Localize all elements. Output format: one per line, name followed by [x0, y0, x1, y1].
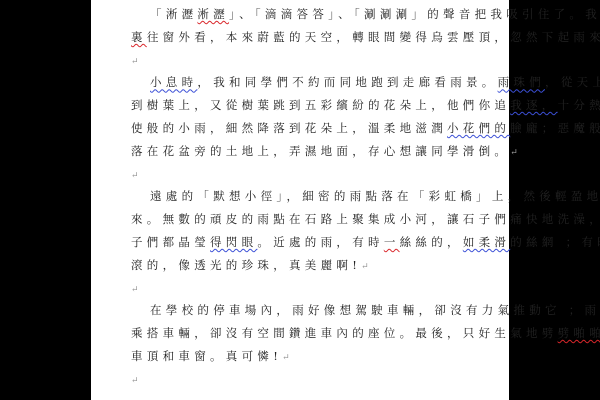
grammar-flag[interactable]: 我逐， — [510, 98, 557, 112]
text-line: 落在花盆旁的土地上，弄濕地面，存心想讓同學滑倒。↵ — [131, 141, 518, 161]
text-run: ，從天上降落 — [545, 75, 600, 89]
text-run: 「 — [150, 7, 166, 21]
grammar-flag[interactable]: 如柔滑 — [463, 235, 510, 249]
grammar-flag[interactable]: 得閃眼 — [210, 235, 257, 249]
paragraph-mark-icon: ↵ — [361, 262, 369, 272]
paragraph-mark-icon: ↵ — [131, 171, 139, 181]
text-run: 臉龐；惡魔般的小雨， — [510, 121, 600, 135]
text-run: 絲絲的， — [400, 235, 463, 249]
empty-paragraph: ↵ — [131, 369, 139, 389]
text-line: 子們都晶瑩得閃眼。近處的雨，有時一絲絲的，如柔滑的絲網 ；有時圓滾 — [131, 232, 600, 252]
empty-paragraph: ↵ — [131, 50, 139, 70]
text-run: 車頂和車窗。真可憐! — [131, 349, 282, 363]
paragraph-mark-icon: ↵ — [510, 148, 518, 158]
text-line: 「淅瀝淅瀝」、「滴滴答答」、「涮涮涮」的聲音把我吸引住了。我從教室 — [150, 4, 600, 24]
paragraph-mark-icon: ↵ — [131, 285, 139, 295]
paragraph-mark-icon: ↵ — [131, 57, 139, 67]
text-line: 遠處的「默想小徑」，細密的雨點落在「彩虹橋」上，然後輕盈地滑下 — [150, 186, 600, 206]
text-run: ，我和同學們不約而同地跑到走廊看雨景。 — [197, 75, 497, 89]
grammar-flag[interactable]: 小息時 — [150, 75, 197, 89]
paragraph-mark-icon: ↵ — [282, 353, 290, 363]
text-run: 使般的小雨，細然降落到花朵上，溫柔地滋潤 — [131, 121, 447, 135]
text-run: 」、「滴滴答答」、「涮涮涮」的聲音把我吸引住了。我從教室 — [229, 7, 600, 21]
text-run: 落在花盆旁的土地上，弄濕地面，存心想讓同學滑倒。 — [131, 144, 510, 158]
text-run: 來。無數的頑皮的雨點在石路上聚集成小河，讓石子們痛快地洗澡，最後石 — [131, 212, 600, 226]
text-line: 滾的，像透光的珍珠，真美麗啊!↵ — [131, 255, 369, 275]
spelling-flag[interactable]: 裏 — [131, 30, 147, 44]
empty-paragraph: ↵ — [131, 278, 139, 298]
spelling-flag[interactable]: 淅瀝 — [197, 7, 229, 21]
text-line: 裏往窗外看，本來蔚藍的天空，轉眼間變得烏雲壓頂，忽然下起雨來。↵ — [131, 27, 600, 47]
empty-paragraph: ↵ — [131, 164, 139, 184]
grammar-flag[interactable]: 雨珠們 — [498, 75, 545, 89]
text-run: 乘搭車輛，卻沒有空間鑽進車內的座位。最後，只好生氣地劈 — [131, 326, 558, 340]
text-line: 使般的小雨，細然降落到花朵上，溫柔地滋潤小花們的臉龐；惡魔般的小雨， — [131, 118, 600, 138]
text-run: 遠處的「默想小徑」，細密的雨點落在「彩虹橋」上，然後輕盈地滑下 — [150, 189, 600, 203]
text-run: 子們都晶瑩 — [131, 235, 210, 249]
document-page[interactable]: 「淅瀝淅瀝」、「滴滴答答」、「涮涮涮」的聲音把我吸引住了。我從教室裏往窗外看，本… — [91, 0, 509, 400]
text-run: 的絲網 ；有時圓滾 — [510, 235, 600, 249]
text-line: 到樹葉上，又從樹葉跳到五彩繽紛的花朵上，他們你追我逐，十分熱鬧。天 — [131, 95, 600, 115]
spelling-flag[interactable]: 一 — [384, 235, 400, 249]
text-line: 車頂和車窗。真可憐!↵ — [131, 346, 290, 366]
spelling-flag[interactable]: 劈啪啪地 — [558, 326, 600, 340]
text-run: 滾的，像透光的珍珠，真美麗啊! — [131, 258, 361, 272]
text-run: 往窗外看，本來蔚藍的天空，轉眼間變得烏雲壓頂，忽然下起雨來。 — [147, 30, 600, 44]
text-run: 淅瀝 — [166, 7, 198, 21]
text-line: 來。無數的頑皮的雨點在石路上聚集成小河，讓石子們痛快地洗澡，最後石 — [131, 209, 600, 229]
grammar-flag[interactable]: 小花們的 — [447, 121, 510, 135]
paragraph-mark-icon: ↵ — [131, 376, 139, 386]
text-line: 乘搭車輛，卻沒有空間鑽進車內的座位。最後，只好生氣地劈劈啪啪地敲打 — [131, 323, 600, 343]
text-line: 在學校的停車場內，雨好像想駕駛車輛，卻沒有力氣推動它 ；雨好像想 — [150, 300, 600, 320]
text-run: 在學校的停車場內，雨好像想駕駛車輛，卻沒有力氣推動它 ；雨好像想 — [150, 303, 600, 317]
text-run: 。近處的雨，有時 — [257, 235, 383, 249]
text-run: 十分熱鬧。天 — [558, 98, 600, 112]
text-run: 到樹葉上，又從樹葉跳到五彩繽紛的花朵上，他們你追 — [131, 98, 510, 112]
text-line: 小息時，我和同學們不約而同地跑到走廊看雨景。雨珠們，從天上降落 — [150, 72, 600, 92]
